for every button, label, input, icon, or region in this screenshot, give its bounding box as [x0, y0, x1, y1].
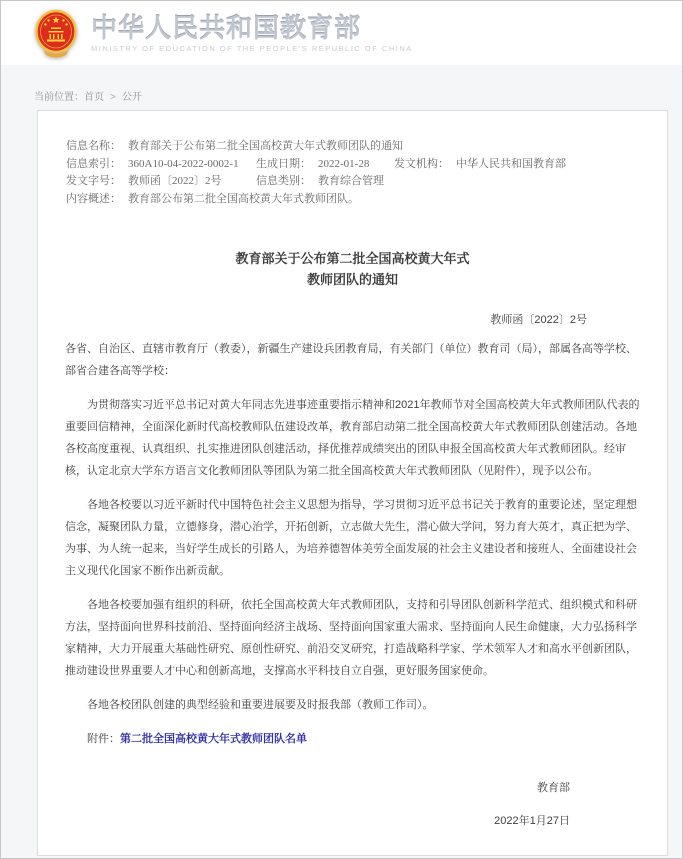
info-row-summary: 内容概述： 教育部公布第二批全国高校黄大年式教师团队。: [66, 191, 639, 209]
body-paragraph-3: 各地各校要加强有组织的科研，依托全国高校黄大年式教师团队，支持和引导团队创新科学…: [65, 594, 640, 682]
info-summary-label: 内容概述：: [66, 191, 121, 209]
info-row-index: 信息索引： 360A10-04-2022-0002-1 生成日期： 2022-0…: [66, 156, 639, 174]
info-name-label: 信息名称：: [66, 138, 121, 156]
info-date-label: 生成日期：: [256, 156, 311, 174]
info-index-value: 360A10-04-2022-0002-1: [128, 156, 239, 174]
body-paragraph-4: 各地各校团队创建的典型经验和重要进展要及时报我部（教师工作司）。: [65, 694, 640, 716]
document-panel: 信息名称： 教育部关于公布第二批全国高校黄大年式教师团队的通知 信息索引： 36…: [37, 110, 668, 856]
document-title-line2: 教师团队的通知: [38, 269, 667, 290]
breadcrumb-public-link[interactable]: 公开: [122, 92, 142, 103]
info-summary-value: 教育部公布第二批全国高校黄大年式教师团队。: [128, 191, 359, 209]
breadcrumb: 当前位置：首页>公开: [1, 65, 682, 102]
info-index-label: 信息索引：: [66, 156, 121, 174]
attachment-link[interactable]: 第二批全国高校黄大年式教师团队名单: [120, 733, 307, 745]
info-name-value: 教育部关于公布第二批全国高校黄大年式教师团队的通知: [128, 138, 403, 156]
body-paragraph-2: 各地各校要以习近平新时代中国特色社会主义思想为指导，学习贯彻习近平总书记关于教育…: [65, 494, 640, 582]
site-subtitle: Ministry of Education of the People's Re…: [91, 44, 413, 53]
attachment-row: 附件：第二批全国高校黄大年式教师团队名单: [65, 728, 640, 750]
document-title: 教育部关于公布第二批全国高校黄大年式 教师团队的通知: [38, 248, 667, 290]
document-number: 教师函〔2022〕2号: [38, 311, 667, 327]
info-category-label: 信息类别：: [256, 173, 311, 191]
info-docno-value: 教师函〔2022〕2号: [128, 173, 222, 191]
document-title-line1: 教育部关于公布第二批全国高校黄大年式: [38, 248, 667, 269]
info-category-value: 教育综合管理: [318, 173, 384, 191]
site-title-block: 中华人民共和国教育部 Ministry of Education of the …: [91, 14, 413, 53]
body-paragraph-1: 为贯彻落实习近平总书记对黄大年同志先进事迹重要指示精神和2021年教师节对全国高…: [65, 394, 640, 482]
addressee-paragraph: 各省、自治区、直辖市教育厅（教委），新疆生产建设兵团教育局，有关部门（单位）教育…: [65, 338, 640, 382]
info-docno-label: 发文字号：: [66, 173, 121, 191]
info-issuer-label: 发文机构：: [394, 156, 449, 174]
document-date: 2022年1月27日: [65, 810, 640, 832]
document-body: 各省、自治区、直辖市教育厅（教委），新疆生产建设兵团教育局，有关部门（单位）教育…: [38, 338, 667, 832]
info-table: 信息名称： 教育部关于公布第二批全国高校黄大年式教师团队的通知 信息索引： 36…: [38, 138, 667, 208]
breadcrumb-home-link[interactable]: 首页: [84, 92, 104, 103]
attachment-label: 附件：: [87, 733, 120, 745]
info-issuer-value: 中华人民共和国教育部: [456, 156, 566, 174]
breadcrumb-label: 当前位置：: [34, 92, 84, 103]
page: 中华人民共和国教育部 Ministry of Education of the …: [0, 0, 683, 859]
site-header: 中华人民共和国教育部 Ministry of Education of the …: [1, 1, 682, 65]
info-row-docno: 发文字号： 教师函〔2022〕2号 信息类别： 教育综合管理: [66, 173, 639, 191]
breadcrumb-separator: >: [110, 92, 116, 103]
china-national-emblem-icon[interactable]: [33, 9, 79, 59]
site-title: 中华人民共和国教育部: [91, 14, 413, 42]
signature: 教育部: [65, 777, 640, 799]
info-date-value: 2022-01-28: [318, 156, 369, 174]
info-row-name: 信息名称： 教育部关于公布第二批全国高校黄大年式教师团队的通知: [66, 138, 639, 156]
